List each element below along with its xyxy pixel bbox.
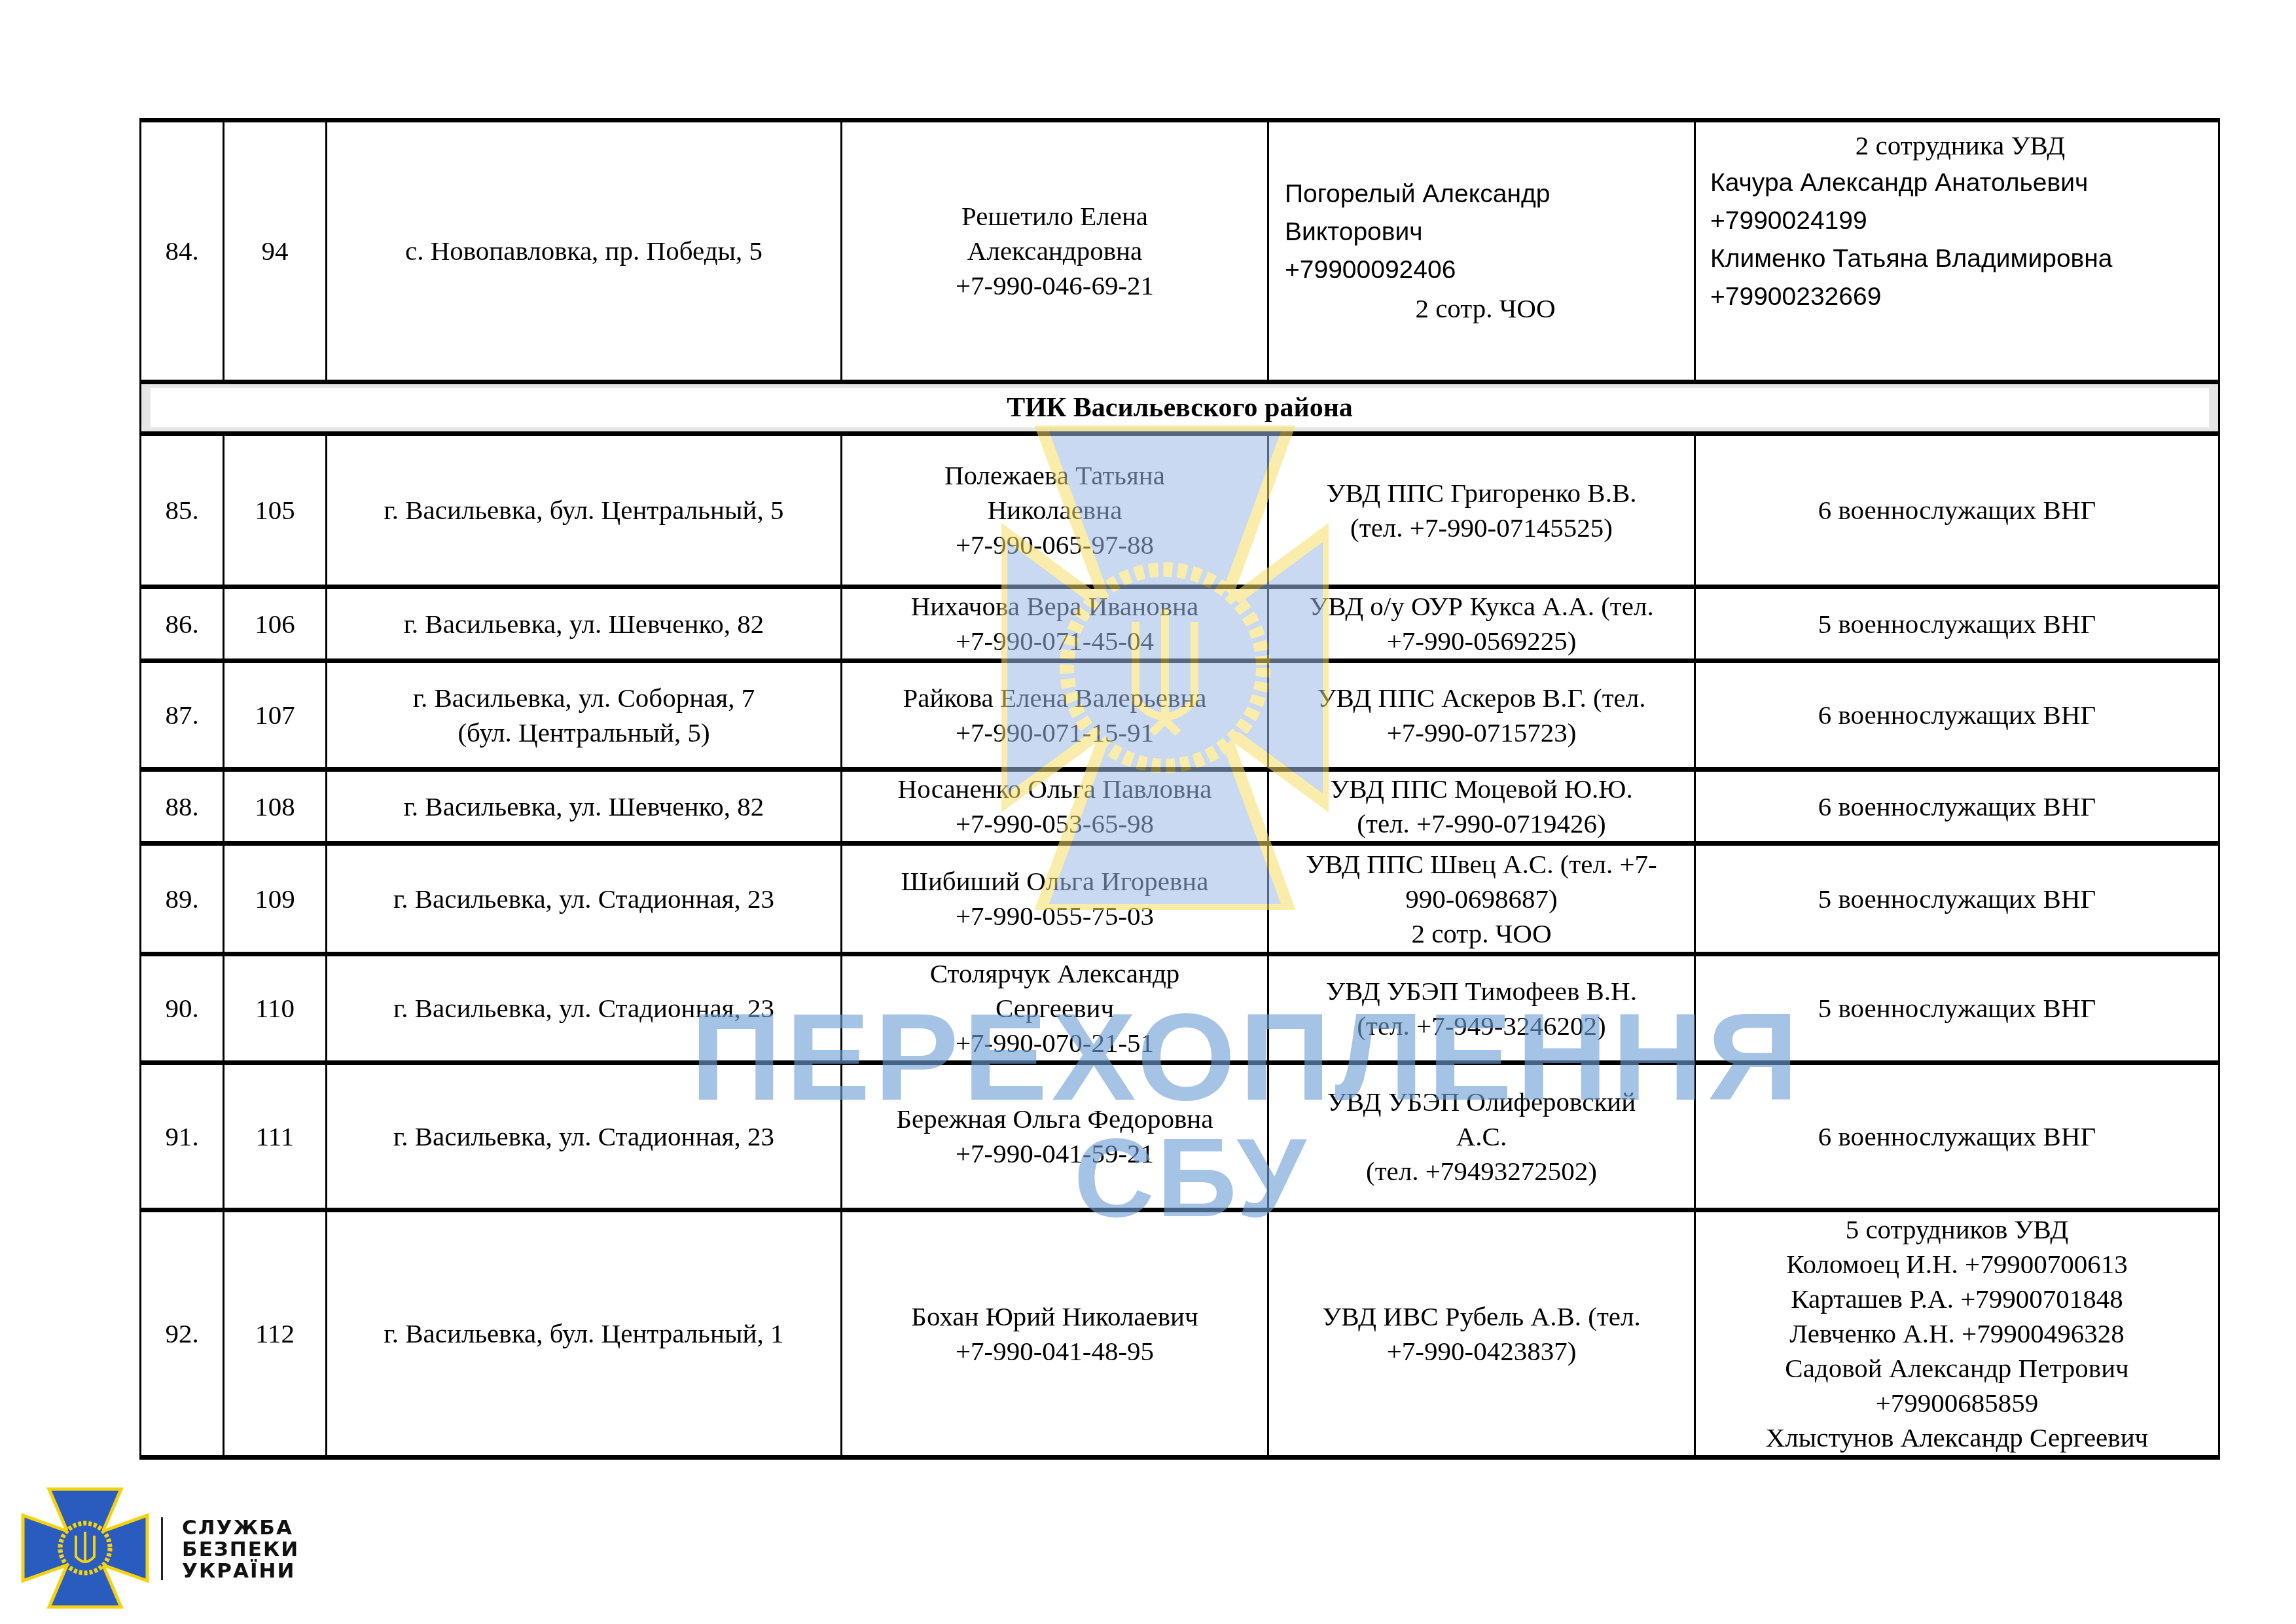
police-cell: УВД ППС Моцевой Ю.Ю.(тел. +7-990-0719426…	[1268, 770, 1695, 844]
address-cell: г. Васильевка, бул. Центральный, 5	[327, 434, 842, 587]
logo-line-3: УКРАЇНИ	[182, 1561, 299, 1582]
table-row: 85.105г. Васильевка, бул. Центральный, 5…	[141, 434, 2219, 587]
cell-line: +7-990-046-69-21	[850, 268, 1259, 303]
cell-line: +7-990-071-15-91	[850, 715, 1259, 750]
cell-line: Хлыстунов Александр Сергеевич	[1704, 1420, 2210, 1455]
cell-line: УВД ИВС Рубель А.В. (тел.	[1277, 1299, 1686, 1334]
cell-line: Качура Александр Анатольевич	[1710, 164, 2210, 202]
chair-cell: Райкова Елена Валерьевна+7-990-071-15-91	[842, 661, 1268, 770]
cell-line: Бохан Юрий Николаевич	[850, 1299, 1259, 1334]
precinct-number: 94	[224, 120, 327, 382]
cell-line: УВД ППС Швец А.С. (тел. +7-	[1277, 847, 1686, 882]
cell-line: УВД ППС Моцевой Ю.Ю.	[1277, 772, 1686, 806]
police-cell: УВД ИВС Рубель А.В. (тел.+7-990-0423837)	[1268, 1210, 1695, 1458]
address-cell: г. Васильевка, ул. Стадионная, 23	[327, 1063, 842, 1210]
cell-line: Погорелый Александр	[1285, 175, 1686, 213]
cell-line: Левченко А.Н. +79900496328	[1704, 1316, 2210, 1351]
cell-line: +7-990-0423837)	[1277, 1334, 1686, 1369]
chair-cell: Полежаева ТатьянаНиколаевна+7-990-065-97…	[842, 434, 1268, 587]
cell-line: Столярчук Александр	[850, 956, 1259, 991]
table-row: 91.111г. Васильевка, ул. Стадионная, 23Б…	[141, 1063, 2219, 1210]
police-note: 2 сотр. ЧОО	[1285, 289, 1686, 327]
cell-line: УВД УБЭП Олиферовский	[1277, 1085, 1686, 1119]
cell-line: +7990024199	[1710, 202, 2210, 240]
police-cell: УВД УБЭП ОлиферовскийА.С.(тел. +79493272…	[1268, 1063, 1695, 1210]
section-header-row: ТИК Васильевского района	[141, 382, 2219, 434]
security-cell: 6 военнослужащих ВНГ	[1695, 661, 2219, 770]
address-cell: г. Васильевка, ул. Шевченко, 82	[327, 770, 842, 844]
chair-cell: Столярчук АлександрСергеевич+7-990-070-2…	[842, 954, 1268, 1063]
row-number: 86.	[141, 587, 224, 661]
security-cell: 6 военнослужащих ВНГ	[1695, 1063, 2219, 1210]
cell-line: УВД ППС Аскеров В.Г. (тел.	[1277, 681, 1686, 715]
row-number: 90.	[141, 954, 224, 1063]
logo-line-2: БЕЗПЕКИ	[182, 1539, 299, 1561]
row-number: 87.	[141, 661, 224, 770]
cell-line: 6 военнослужащих ВНГ	[1704, 1119, 2210, 1154]
row-number: 85.	[141, 434, 224, 587]
row-number: 88.	[141, 770, 224, 844]
police-cell: УВД ППС Швец А.С. (тел. +7-990-0698687)2…	[1268, 844, 1695, 954]
cell-line: 5 сотрудников УВД	[1704, 1212, 2210, 1247]
cell-line: УВД ППС Григоренко В.В.	[1277, 476, 1686, 511]
cell-line: Сергеевич	[850, 991, 1259, 1026]
cell-line: г. Васильевка, бул. Центральный, 1	[335, 1316, 833, 1351]
cell-line: +7-990-0569225)	[1277, 624, 1686, 659]
row-number: 92.	[141, 1210, 224, 1458]
police-cell: УВД ППС Аскеров В.Г. (тел.+7-990-0715723…	[1268, 661, 1695, 770]
security-cell: 5 военнослужащих ВНГ	[1695, 587, 2219, 661]
address-cell: г. Васильевка, ул. Стадионная, 23	[327, 844, 842, 954]
precinct-number: 108	[224, 770, 327, 844]
cell-line: Полежаева Татьяна	[850, 458, 1259, 493]
section-title: ТИК Васильевского района	[151, 388, 2209, 427]
cell-line: г. Васильевка, ул. Соборная, 7	[335, 681, 833, 715]
table-row: 89.109г. Васильевка, ул. Стадионная, 23Ш…	[141, 844, 2219, 954]
cell-line: Решетило Елена	[850, 199, 1259, 234]
chair-cell: Решетило ЕленаАлександровна+7-990-046-69…	[842, 120, 1268, 382]
table-row: 87.107г. Васильевка, ул. Соборная, 7(бул…	[141, 661, 2219, 770]
chair-cell: Нихачова Вера Ивановна+7-990-071-45-04	[842, 587, 1268, 661]
logo-divider	[161, 1517, 163, 1580]
cell-line: +7-990-071-45-04	[850, 624, 1259, 659]
security-cell: 5 сотрудников УВДКоломоец И.Н. +79900700…	[1695, 1210, 2219, 1458]
security-cell: 6 военнослужащих ВНГ	[1695, 770, 2219, 844]
cell-line: 6 военнослужащих ВНГ	[1704, 493, 2210, 528]
cell-line: +7-990-065-97-88	[850, 528, 1259, 562]
security-cell: 2 сотрудника УВДКачура Александр Анатоль…	[1695, 120, 2219, 382]
cell-line: Николаевна	[850, 493, 1259, 528]
cell-line: г. Васильевка, ул. Шевченко, 82	[335, 607, 833, 641]
address-cell: г. Васильевка, ул. Соборная, 7(бул. Цент…	[327, 661, 842, 770]
cell-line: А.С.	[1277, 1119, 1686, 1154]
cell-line: 6 военнослужащих ВНГ	[1704, 698, 2210, 732]
chair-cell: Бережная Ольга Федоровна+7-990-041-59-21	[842, 1063, 1268, 1210]
cell-line: 5 военнослужащих ВНГ	[1704, 991, 2210, 1026]
precinct-number: 105	[224, 434, 327, 587]
row-number: 91.	[141, 1063, 224, 1210]
chair-cell: Бохан Юрий Николаевич+7-990-041-48-95	[842, 1210, 1268, 1458]
cell-line: (тел. +7-949-3246202)	[1277, 1009, 1686, 1043]
police-cell: УВД ППС Григоренко В.В.(тел. +7-990-0714…	[1268, 434, 1695, 587]
cell-line: +7-990-055-75-03	[850, 899, 1259, 933]
cell-line: Носаненко Ольга Павловна	[850, 772, 1259, 806]
sbu-logo-icon	[20, 1486, 151, 1610]
cell-line: г. Васильевка, ул. Стадионная, 23	[335, 1119, 833, 1154]
cell-line: Карташев Р.А. +79900701848	[1704, 1282, 2210, 1316]
cell-line: г. Васильевка, ул. Стадионная, 23	[335, 991, 833, 1026]
cell-line: +7-990-070-21-51	[850, 1026, 1259, 1060]
cell-line: +7-990-0715723)	[1277, 715, 1686, 750]
cell-line: УВД УБЭП Тимофеев В.Н.	[1277, 974, 1686, 1009]
table-body: 84.94с. Новопавловка, пр. Победы, 5Решет…	[141, 120, 2219, 1458]
cell-line: Садовой Александр Петрович	[1704, 1351, 2210, 1386]
precinct-number: 110	[224, 954, 327, 1063]
security-cell: 6 военнослужащих ВНГ	[1695, 434, 2219, 587]
cell-line: +79900685859	[1704, 1386, 2210, 1420]
security-cell: 5 военнослужащих ВНГ	[1695, 954, 2219, 1063]
polling-stations-table: 84.94с. Новопавловка, пр. Победы, 5Решет…	[139, 118, 2220, 1460]
cell-line: г. Васильевка, ул. Шевченко, 82	[335, 789, 833, 824]
precinct-number: 109	[224, 844, 327, 954]
cell-line: +7-990-041-48-95	[850, 1334, 1259, 1369]
cell-line: (тел. +7-990-0719426)	[1277, 806, 1686, 841]
cell-line: (бул. Центральный, 5)	[335, 715, 833, 750]
table-row: 92.112г. Васильевка, бул. Центральный, 1…	[141, 1210, 2219, 1458]
cell-line: 2 сотр. ЧОО	[1277, 916, 1686, 951]
security-title: 2 сотрудника УВД	[1710, 126, 2210, 164]
cell-line: Нихачова Вера Ивановна	[850, 589, 1259, 624]
cell-line: с. Новопавловка, пр. Победы, 5	[335, 234, 833, 268]
police-cell: Погорелый АлександрВикторович+7990009240…	[1268, 120, 1695, 382]
address-cell: г. Васильевка, ул. Шевченко, 82	[327, 587, 842, 661]
precinct-number: 106	[224, 587, 327, 661]
precinct-number: 107	[224, 661, 327, 770]
address-cell: с. Новопавловка, пр. Победы, 5	[327, 120, 842, 382]
police-cell: УВД о/у ОУР Кукса А.А. (тел.+7-990-05692…	[1268, 587, 1695, 661]
address-cell: г. Васильевка, ул. Стадионная, 23	[327, 954, 842, 1063]
cell-line: Шибиший Ольга Игоревна	[850, 864, 1259, 899]
row-number: 89.	[141, 844, 224, 954]
cell-line: +79900092406	[1285, 251, 1686, 289]
cell-line: Александровна	[850, 234, 1259, 268]
cell-line: (тел. +79493272502)	[1277, 1154, 1686, 1189]
cell-line: Коломоец И.Н. +79900700613	[1704, 1247, 2210, 1282]
cell-line: Викторович	[1285, 213, 1686, 251]
security-cell: 5 военнослужащих ВНГ	[1695, 844, 2219, 954]
logo-wordmark: СЛУЖБА БЕЗПЕКИ УКРАЇНИ	[182, 1517, 299, 1582]
cell-line: УВД о/у ОУР Кукса А.А. (тел.	[1277, 589, 1686, 624]
row-number: 84.	[141, 120, 224, 382]
logo-line-1: СЛУЖБА	[182, 1517, 299, 1539]
chair-cell: Шибиший Ольга Игоревна+7-990-055-75-03	[842, 844, 1268, 954]
cell-line: Бережная Ольга Федоровна	[850, 1102, 1259, 1136]
cell-line: +7-990-041-59-21	[850, 1136, 1259, 1171]
table-row: 84.94с. Новопавловка, пр. Победы, 5Решет…	[141, 120, 2219, 382]
cell-line: г. Васильевка, ул. Стадионная, 23	[335, 882, 833, 916]
table-row: 90.110г. Васильевка, ул. Стадионная, 23С…	[141, 954, 2219, 1063]
precinct-number: 111	[224, 1063, 327, 1210]
cell-line: 5 военнослужащих ВНГ	[1704, 882, 2210, 916]
police-cell: УВД УБЭП Тимофеев В.Н.(тел. +7-949-32462…	[1268, 954, 1695, 1063]
cell-line: 5 военнослужащих ВНГ	[1704, 607, 2210, 641]
cell-line: 990-0698687)	[1277, 882, 1686, 916]
address-cell: г. Васильевка, бул. Центральный, 1	[327, 1210, 842, 1458]
cell-line: (тел. +7-990-07145525)	[1277, 511, 1686, 545]
cell-line: +7-990-053-65-98	[850, 806, 1259, 841]
cell-line: +79900232669	[1710, 278, 2210, 316]
chair-cell: Носаненко Ольга Павловна+7-990-053-65-98	[842, 770, 1268, 844]
section-header-cell: ТИК Васильевского района	[141, 382, 2219, 434]
cell-line: г. Васильевка, бул. Центральный, 5	[335, 493, 833, 528]
precinct-number: 112	[224, 1210, 327, 1458]
table-row: 86.106г. Васильевка, ул. Шевченко, 82Них…	[141, 587, 2219, 661]
table-row: 88.108г. Васильевка, ул. Шевченко, 82Нос…	[141, 770, 2219, 844]
cell-line: Райкова Елена Валерьевна	[850, 681, 1259, 715]
cell-line: 6 военнослужащих ВНГ	[1704, 789, 2210, 824]
cell-line: Клименко Татьяна Владимировна	[1710, 240, 2210, 278]
